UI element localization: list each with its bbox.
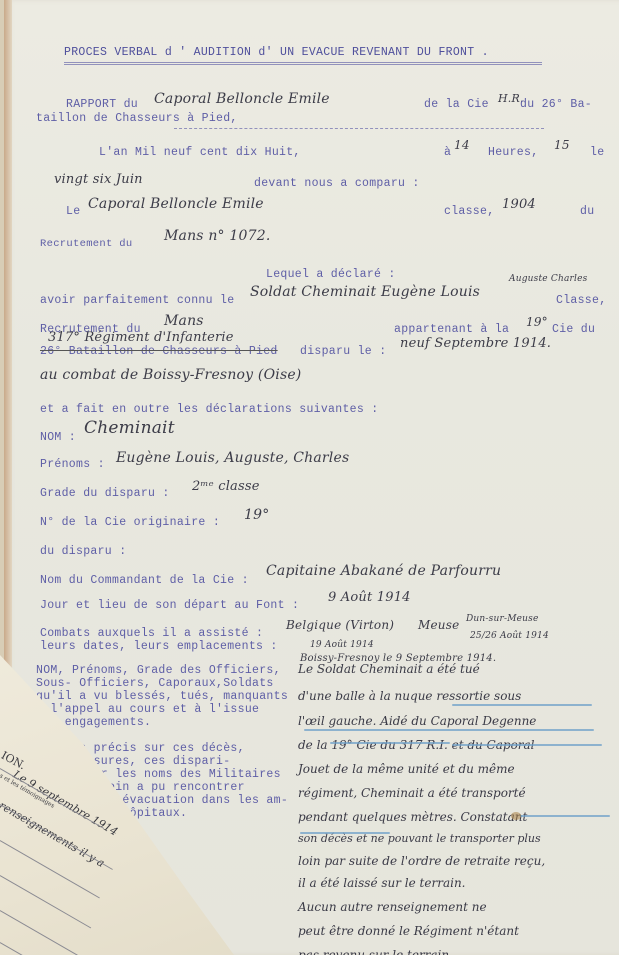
details-hand-line: Aucun autre renseignement ne <box>298 900 487 914</box>
date-year: L'an Mil neuf cent dix Huit, <box>99 146 301 159</box>
date-day: vingt six Juin <box>54 172 143 187</box>
rapport-underline <box>174 128 544 129</box>
combats-hand-1c: Dun-sur-Meuse <box>466 614 539 624</box>
declaration-suivantes: et a fait en outre les déclarations suiv… <box>40 403 378 416</box>
title-underline <box>64 62 542 65</box>
date-compared: devant nous a comparu : <box>254 177 420 190</box>
date-hour: 14 <box>454 138 470 152</box>
declaration-disparu-date: neuf Septembre 1914. <box>400 336 551 351</box>
field-nom-label: NOM : <box>40 431 76 444</box>
details-hand-line: régiment, Cheminait a été transporté <box>298 786 526 800</box>
officers-line-4: à l'appel au cours et à l'issue <box>36 703 259 716</box>
date-a: à <box>444 146 451 159</box>
rapport-suffix: du 26° Ba- <box>520 98 592 111</box>
rapport-hand-name: Caporal Belloncle Emile <box>154 91 330 107</box>
blue-underline <box>520 815 610 817</box>
declaration-line1: avoir parfaitement connu le <box>40 294 234 307</box>
date-heures: Heures, <box>488 146 538 159</box>
field-commandant-value: Capitaine Abakané de Parfourru <box>266 563 501 579</box>
date-le: le <box>590 146 604 159</box>
declaration-recrutement-hand: Mans <box>164 313 204 329</box>
combats-hand-1a: Belgique (Virton) <box>286 618 394 632</box>
combats-hand-2b: 25/26 Août 1914 <box>470 631 549 641</box>
blue-underline <box>300 832 390 834</box>
blue-underline <box>452 744 602 746</box>
field-prenoms-value: Eugène Louis, Auguste, Charles <box>116 450 349 466</box>
field-grade-value: 2ᵐᵉ classe <box>192 479 260 494</box>
details-hand-line: pendant quelques mètres. Constatant <box>298 810 527 824</box>
document-title: PROCES VERBAL d ' AUDITION d' UN EVACUE … <box>64 46 489 59</box>
combats-label-2: leurs dates, leurs emplacements : <box>40 640 278 653</box>
blue-underline <box>330 742 450 744</box>
details-hand-line: d'une balle à la nuque ressortie sous <box>298 689 521 703</box>
field-du-disparu-label: du disparu : <box>40 545 126 558</box>
declaration-appartenant: appartenant à la <box>394 323 509 336</box>
blue-underline <box>452 704 592 706</box>
details-hand-line: peut être donné le Régiment n'étant <box>298 924 519 938</box>
field-commandant-label: Nom du Commandant de la Cie : <box>40 574 249 587</box>
witness-le: Le <box>66 205 80 218</box>
declaration-heading: Lequel a déclaré : <box>266 268 396 281</box>
declaration-cie-hand: 19° <box>526 315 548 329</box>
witness-recrutement: Recrutement du <box>40 238 132 250</box>
witness-classe: classe, <box>444 205 494 218</box>
date-minutes: 15 <box>554 138 570 152</box>
combats-hand-2a: 19 Août 1914 <box>310 640 374 650</box>
officers-line-1: NOM, Prénoms, Grade des Officiers, <box>36 664 281 677</box>
declaration-soldier: Soldat Cheminait Eugène Louis <box>250 284 480 300</box>
declaration-regiment-hand: 317° Régiment d'Infanterie <box>48 330 234 345</box>
rapport-line2: taillon de Chasseurs à Pied, <box>36 112 238 125</box>
witness-classe-year: 1904 <box>502 197 536 212</box>
combats-hand-1b: Meuse <box>418 618 459 632</box>
declaration-soldier-above: Auguste Charles <box>509 274 587 284</box>
declaration-disparu-le: disparu le : <box>300 345 386 358</box>
officers-line-2: Sous- Officiers, Caporaux,Soldats <box>36 677 274 690</box>
field-grade-label: Grade du disparu : <box>40 487 170 500</box>
ink-stain <box>511 812 521 820</box>
declaration-combat-place: au combat de Boissy-Fresnoy (Oise) <box>40 367 301 383</box>
witness-recrutement-hand: Mans n° 1072. <box>164 228 270 244</box>
details-hand-line: Le Soldat Cheminait a été tué <box>298 662 480 676</box>
rapport-prefix: RAPPORT du <box>66 98 138 111</box>
details-hand-line: Jouet de la même unité et du même <box>298 762 515 776</box>
declaration-classe: Classe, <box>556 294 606 307</box>
field-prenoms-label: Prénoms : <box>40 458 105 471</box>
details-hand-line: l'œil gauche. Aidé du Caporal Degenne <box>298 714 536 728</box>
witness-du: du <box>580 205 594 218</box>
details-hand-line: il a été laissé sur le terrain. <box>298 876 465 890</box>
witness-hand-name: Caporal Belloncle Emile <box>88 196 264 212</box>
field-nom-value: Cheminait <box>84 418 175 438</box>
field-cie-label: N° de la Cie originaire : <box>40 516 220 529</box>
declaration-struck-unit: 26° Bataillon de Chasseurs à Pied <box>40 345 278 358</box>
field-depart-label: Jour et lieu de son départ au Font : <box>40 599 299 612</box>
declaration-cie-du: Cie du <box>552 323 595 336</box>
officers-line-3: qu'il a vu blessés, tués, manquants <box>36 690 288 703</box>
details-hand-line: pas revenu sur le terrain. <box>298 948 453 955</box>
details-hand-line: loin par suite de l'ordre de retraite re… <box>298 854 545 868</box>
field-depart-value: 9 Août 1914 <box>328 590 411 605</box>
field-cie-value: 19° <box>244 507 269 523</box>
rapport-middle: de la Cie <box>424 98 489 111</box>
combats-label-1: Combats auxquels il a assisté : <box>40 627 263 640</box>
blue-underline <box>304 729 594 731</box>
